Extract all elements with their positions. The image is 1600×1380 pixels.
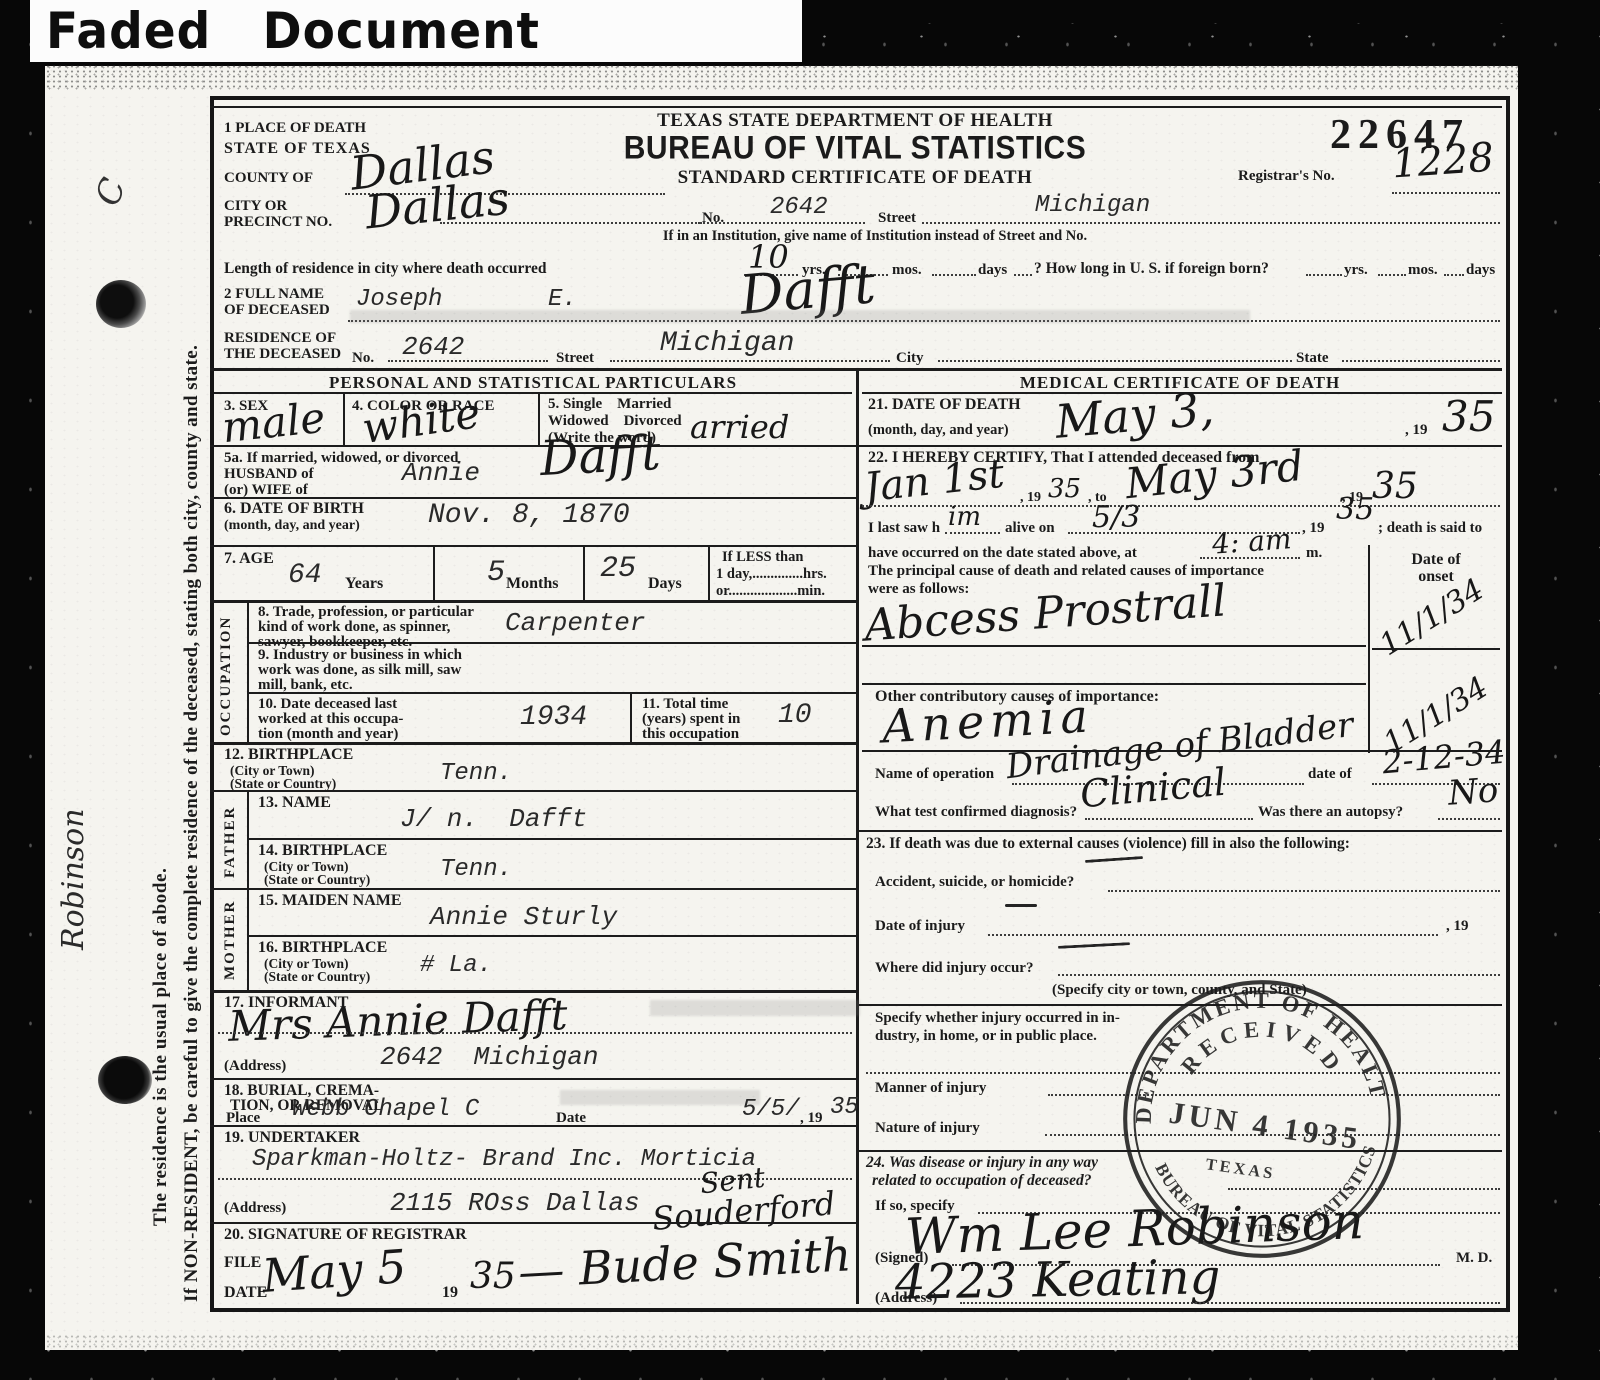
signed-addr-label: (Address): [875, 1290, 937, 1307]
rule: [862, 645, 1366, 647]
scan-caption: Faded Document: [30, 2, 540, 60]
dotted-rule: [1378, 274, 1406, 276]
occ-rel-label-1: 24. Was disease or injury in any way: [866, 1154, 1098, 1171]
dob-label-1: 6. DATE OF BIRTH: [224, 500, 364, 518]
rule: [247, 935, 856, 937]
dotted-rule: [700, 222, 865, 224]
hole-punch-top: [96, 280, 146, 328]
dotted-rule: [1085, 818, 1253, 820]
rule: [210, 545, 856, 547]
mother-name-label: 15. MAIDEN NAME: [258, 892, 402, 910]
nature-label: Nature of injury: [875, 1120, 980, 1137]
birthplace-value: Tenn.: [440, 760, 512, 787]
undertaker-label: 19. UNDERTAKER: [224, 1129, 360, 1147]
rule: [247, 888, 249, 990]
pen-dash: [1005, 904, 1037, 907]
dotted-rule: [1108, 890, 1500, 892]
informant-addr-label: (Address): [224, 1058, 286, 1075]
to-year-value: 35: [1372, 466, 1418, 507]
rule: [247, 642, 856, 644]
file-year-value: 35: [470, 1256, 516, 1297]
dotted-rule: [610, 360, 890, 362]
received-stamp: DEPARTMENT OF HEALTH RECEIVED BUREAU OF …: [1099, 956, 1424, 1281]
fullname-label-2: OF DECEASED: [224, 302, 330, 319]
res-street-label: Street: [556, 350, 594, 367]
mother-bp-label-1: 16. BIRTHPLACE: [258, 939, 387, 957]
autopsy-value: No: [1447, 770, 1500, 813]
res-state-label: State: [1296, 350, 1329, 367]
test-label: What test confirmed diagnosis?: [875, 804, 1077, 821]
birthplace-label-1: 12. BIRTHPLACE: [224, 746, 353, 764]
undertaker-addr-value: 2115 ROss Dallas: [390, 1188, 640, 1218]
personal-section-title: PERSONAL AND STATISTICAL PARTICULARS: [214, 373, 852, 392]
bureau-title: BUREAU OF VITAL STATISTICS: [535, 131, 1175, 167]
dotted-rule: [388, 360, 548, 362]
occurred-label: have occurred on the date stated above, …: [868, 545, 1137, 562]
birthplace-label-3: (State or Country): [230, 776, 336, 791]
lastsaw-value: 5/3: [1092, 500, 1140, 535]
father-bp-label-3: (State or Country): [264, 872, 370, 887]
occ-rel-label-2: related to occupation of deceased?: [872, 1172, 1092, 1189]
from-19-label: , 19: [1020, 490, 1041, 506]
external-causes-label: 23. If death was due to external causes …: [866, 835, 1350, 852]
marital-label-1: 5. Single Married: [548, 396, 671, 413]
registrar-sig-label: 20. SIGNATURE OF REGISTRAR: [224, 1226, 467, 1244]
rule: [247, 838, 856, 840]
lastsaw-label-3: ; death is said to: [1378, 520, 1482, 537]
father-bp-label-1: 14. BIRTHPLACE: [258, 842, 387, 860]
mos2-label: mos.: [1408, 262, 1438, 279]
rule: [1368, 545, 1370, 753]
injury-date-label: Date of injury: [875, 918, 965, 935]
file-date-value: May 5: [260, 1239, 408, 1303]
injury-spec-label-2: dustry, in home, or in public place.: [875, 1028, 1097, 1045]
registrar-no-label: Registrar's No.: [1238, 168, 1335, 185]
dotted-rule: [440, 222, 700, 224]
margin-note-line1: If NON-RESIDENT, be careful to give the …: [181, 345, 202, 1302]
registrar-no-value: 1228: [1391, 135, 1496, 188]
rule: [210, 106, 1502, 108]
rule: [433, 545, 435, 600]
res-city-label: City: [896, 350, 924, 367]
scanned-death-certificate: Faded Document If NON-RESIDENT, be caref…: [0, 0, 1600, 1380]
dotted-rule: [1342, 360, 1500, 362]
lastsaw-him-value: im: [948, 502, 981, 532]
file-19-label: 19: [442, 1284, 458, 1302]
res-no-label: No.: [352, 350, 374, 367]
res-street-value: Michigan: [660, 328, 794, 359]
rule: [343, 394, 345, 445]
first-name: Joseph: [356, 286, 442, 313]
occupation-side-label: OCCUPATION: [218, 616, 235, 736]
scan-noise-bottom: [45, 1334, 1518, 1349]
scan-artifact: [650, 1000, 860, 1016]
onset-label-2: onset: [1372, 568, 1500, 586]
scan-noise-top: [45, 64, 1518, 90]
res-no-value: 2642: [402, 332, 464, 362]
injury-where-label: Where did injury occur?: [875, 960, 1033, 977]
undertaker-value: Sparkman-Holtz- Brand Inc. Morticia: [252, 1146, 756, 1173]
scan-artifact: [350, 310, 1250, 323]
mother-side-label: MOTHER: [222, 900, 239, 980]
rule: [210, 497, 856, 499]
dotted-rule: [1306, 274, 1342, 276]
dod-19-label: , 19: [1405, 422, 1428, 439]
occurred-m-label: m.: [1306, 545, 1322, 562]
operation-label: Name of operation: [875, 766, 994, 783]
dotted-rule: [1014, 274, 1032, 276]
fullname-label-1: 2 FULL NAME: [224, 286, 324, 303]
file-date-label: DATE: [224, 1284, 267, 1302]
city-label: CITY OR: [224, 198, 287, 215]
lastsaw-label-2: alive on: [1005, 520, 1055, 537]
rule: [210, 600, 856, 603]
hole-punch-bottom: [98, 1056, 152, 1104]
manner-label: Manner of injury: [875, 1080, 986, 1097]
dob-label-2: (month, day, and year): [224, 518, 360, 534]
lastsaw-19-label: , 19: [1302, 520, 1325, 537]
middle-initial: E.: [548, 286, 577, 313]
injury-spec-label-1: Specify whether injury occurred in in-: [875, 1010, 1120, 1027]
rule: [210, 1222, 856, 1224]
autopsy-label: Was there an autopsy?: [1258, 804, 1403, 821]
scan-artifact: [560, 1090, 760, 1105]
dotted-rule: [1392, 192, 1500, 194]
foreign-born-label: ? How long in U. S. if foreign born?: [1034, 260, 1269, 277]
dotted-rule: [1444, 274, 1464, 276]
occurred-time-value: 4: am: [1211, 522, 1293, 560]
from-year-value: 35: [1048, 474, 1081, 504]
age-days-label: Days: [648, 575, 682, 593]
onset-label-1: Date of: [1372, 551, 1500, 569]
county-label: COUNTY OF: [224, 170, 313, 187]
lastworked-label-3: tion (month and year): [258, 726, 398, 743]
rule: [247, 600, 249, 742]
residence-label-2: THE DECEASED: [224, 346, 341, 363]
trade-value: Carpenter: [505, 608, 645, 638]
age-days-value: 25: [600, 552, 636, 586]
rule: [708, 545, 710, 600]
rule: [210, 888, 856, 890]
department-title: TEXAS STATE DEPARTMENT OF HEALTH: [535, 110, 1175, 131]
house-no-label: No.: [702, 210, 724, 227]
age-years-value: 64: [288, 560, 322, 591]
dotted-rule: [960, 1302, 1500, 1304]
accident-label: Accident, suicide, or homicide?: [875, 874, 1074, 891]
mos-label: mos.: [892, 262, 922, 279]
burial-date-value: 5/5/: [742, 1096, 800, 1123]
age-years-label: Years: [345, 575, 383, 593]
marital-value: arried: [690, 408, 789, 446]
days2-label: days: [1466, 262, 1495, 279]
street-label: Street: [878, 210, 916, 227]
less-than-label-2: 1 day,..............hrs.: [716, 566, 827, 582]
rule: [247, 692, 856, 694]
yrs2-label: yrs.: [1344, 262, 1368, 279]
residence-label-1: RESIDENCE OF: [224, 330, 336, 347]
dod-sub-label: (month, day, and year): [868, 422, 1009, 438]
institution-note: If in an Institution, give name of Insti…: [535, 228, 1215, 244]
rule: [859, 445, 1502, 447]
mother-bp-value: # La.: [420, 952, 492, 979]
dotted-rule: [218, 1032, 852, 1034]
rule: [583, 545, 585, 600]
spouse-label-2: HUSBAND of: [224, 466, 314, 483]
mother-name-value: Annie Sturly: [430, 902, 617, 932]
file-label: FILE: [224, 1254, 261, 1272]
rule: [210, 1125, 856, 1127]
dod-year-value: 35: [1442, 392, 1495, 441]
margin-note-line2: The residence is the usual place of abod…: [150, 868, 171, 1226]
certificate-title: STANDARD CERTIFICATE OF DEATH: [535, 167, 1175, 188]
rule: [1372, 648, 1500, 650]
dotted-rule: [932, 274, 976, 276]
dotted-rule: [988, 934, 1438, 936]
spouse-first-name: Annie: [402, 458, 480, 488]
father-name-value: J/ n. Dafft: [400, 804, 587, 834]
father-name-label: 13. NAME: [258, 794, 331, 812]
father-bp-value: Tenn.: [440, 856, 512, 883]
rule: [862, 683, 1366, 685]
rule: [630, 692, 632, 742]
dotted-rule: [945, 532, 1000, 534]
age-months-label: Months: [506, 575, 558, 593]
lastworked-value: 1934: [520, 702, 587, 733]
length-residence-label: Length of residence in city where death …: [224, 260, 546, 277]
burial-place-value: Webb Chapel C: [292, 1096, 479, 1123]
opdate-label: date of: [1308, 766, 1352, 783]
burial-year-value: 35: [830, 1094, 859, 1121]
age-months-value: 5: [487, 556, 505, 590]
rule: [210, 1078, 856, 1080]
less-than-label-1: If LESS than: [722, 549, 803, 565]
informant-addr-value: 2642 Michigan: [380, 1042, 598, 1072]
totaltime-label-3: this occupation: [642, 726, 739, 743]
mother-bp-label-3: (State or Country): [264, 969, 370, 984]
dotted-rule: [1438, 818, 1500, 820]
precinct-label: PRECINCT NO.: [224, 214, 332, 231]
days-label: days: [978, 262, 1007, 279]
dotted-rule: [922, 222, 1500, 224]
father-side-label: FATHER: [222, 806, 239, 878]
lastsaw-label-1: I last saw h: [868, 520, 940, 537]
rule: [210, 790, 856, 792]
md-label: M. D.: [1456, 1250, 1492, 1267]
rule: [210, 742, 856, 745]
house-no-value: 2642: [770, 194, 828, 221]
dod-label: 21. DATE OF DEATH: [868, 396, 1021, 414]
injury-19-label: , 19: [1446, 918, 1469, 935]
stamp-texas: TEXAS: [1205, 1154, 1277, 1183]
totaltime-value: 10: [778, 700, 812, 731]
spouse-last-name: Dafft: [539, 425, 662, 487]
dob-value: Nov. 8, 1870: [428, 500, 630, 531]
scan-caption-box: Faded Document: [30, 0, 802, 62]
rule: [859, 830, 1502, 832]
dotted-rule: [938, 360, 1292, 362]
stamp-date: JUN 4 1935: [1167, 1096, 1364, 1157]
street-value: Michigan: [1035, 192, 1150, 219]
age-label: 7. AGE: [224, 550, 274, 568]
margin-handwritten-name: Robinson: [56, 808, 91, 950]
lastsaw-year-value: 35: [1336, 492, 1374, 527]
rule: [210, 445, 856, 447]
undertaker-addr-label: (Address): [224, 1200, 286, 1217]
rule: [856, 368, 859, 1304]
less-than-label-3: or...................min.: [716, 583, 825, 599]
place-of-death-label: 1 PLACE OF DEATH: [224, 120, 366, 137]
